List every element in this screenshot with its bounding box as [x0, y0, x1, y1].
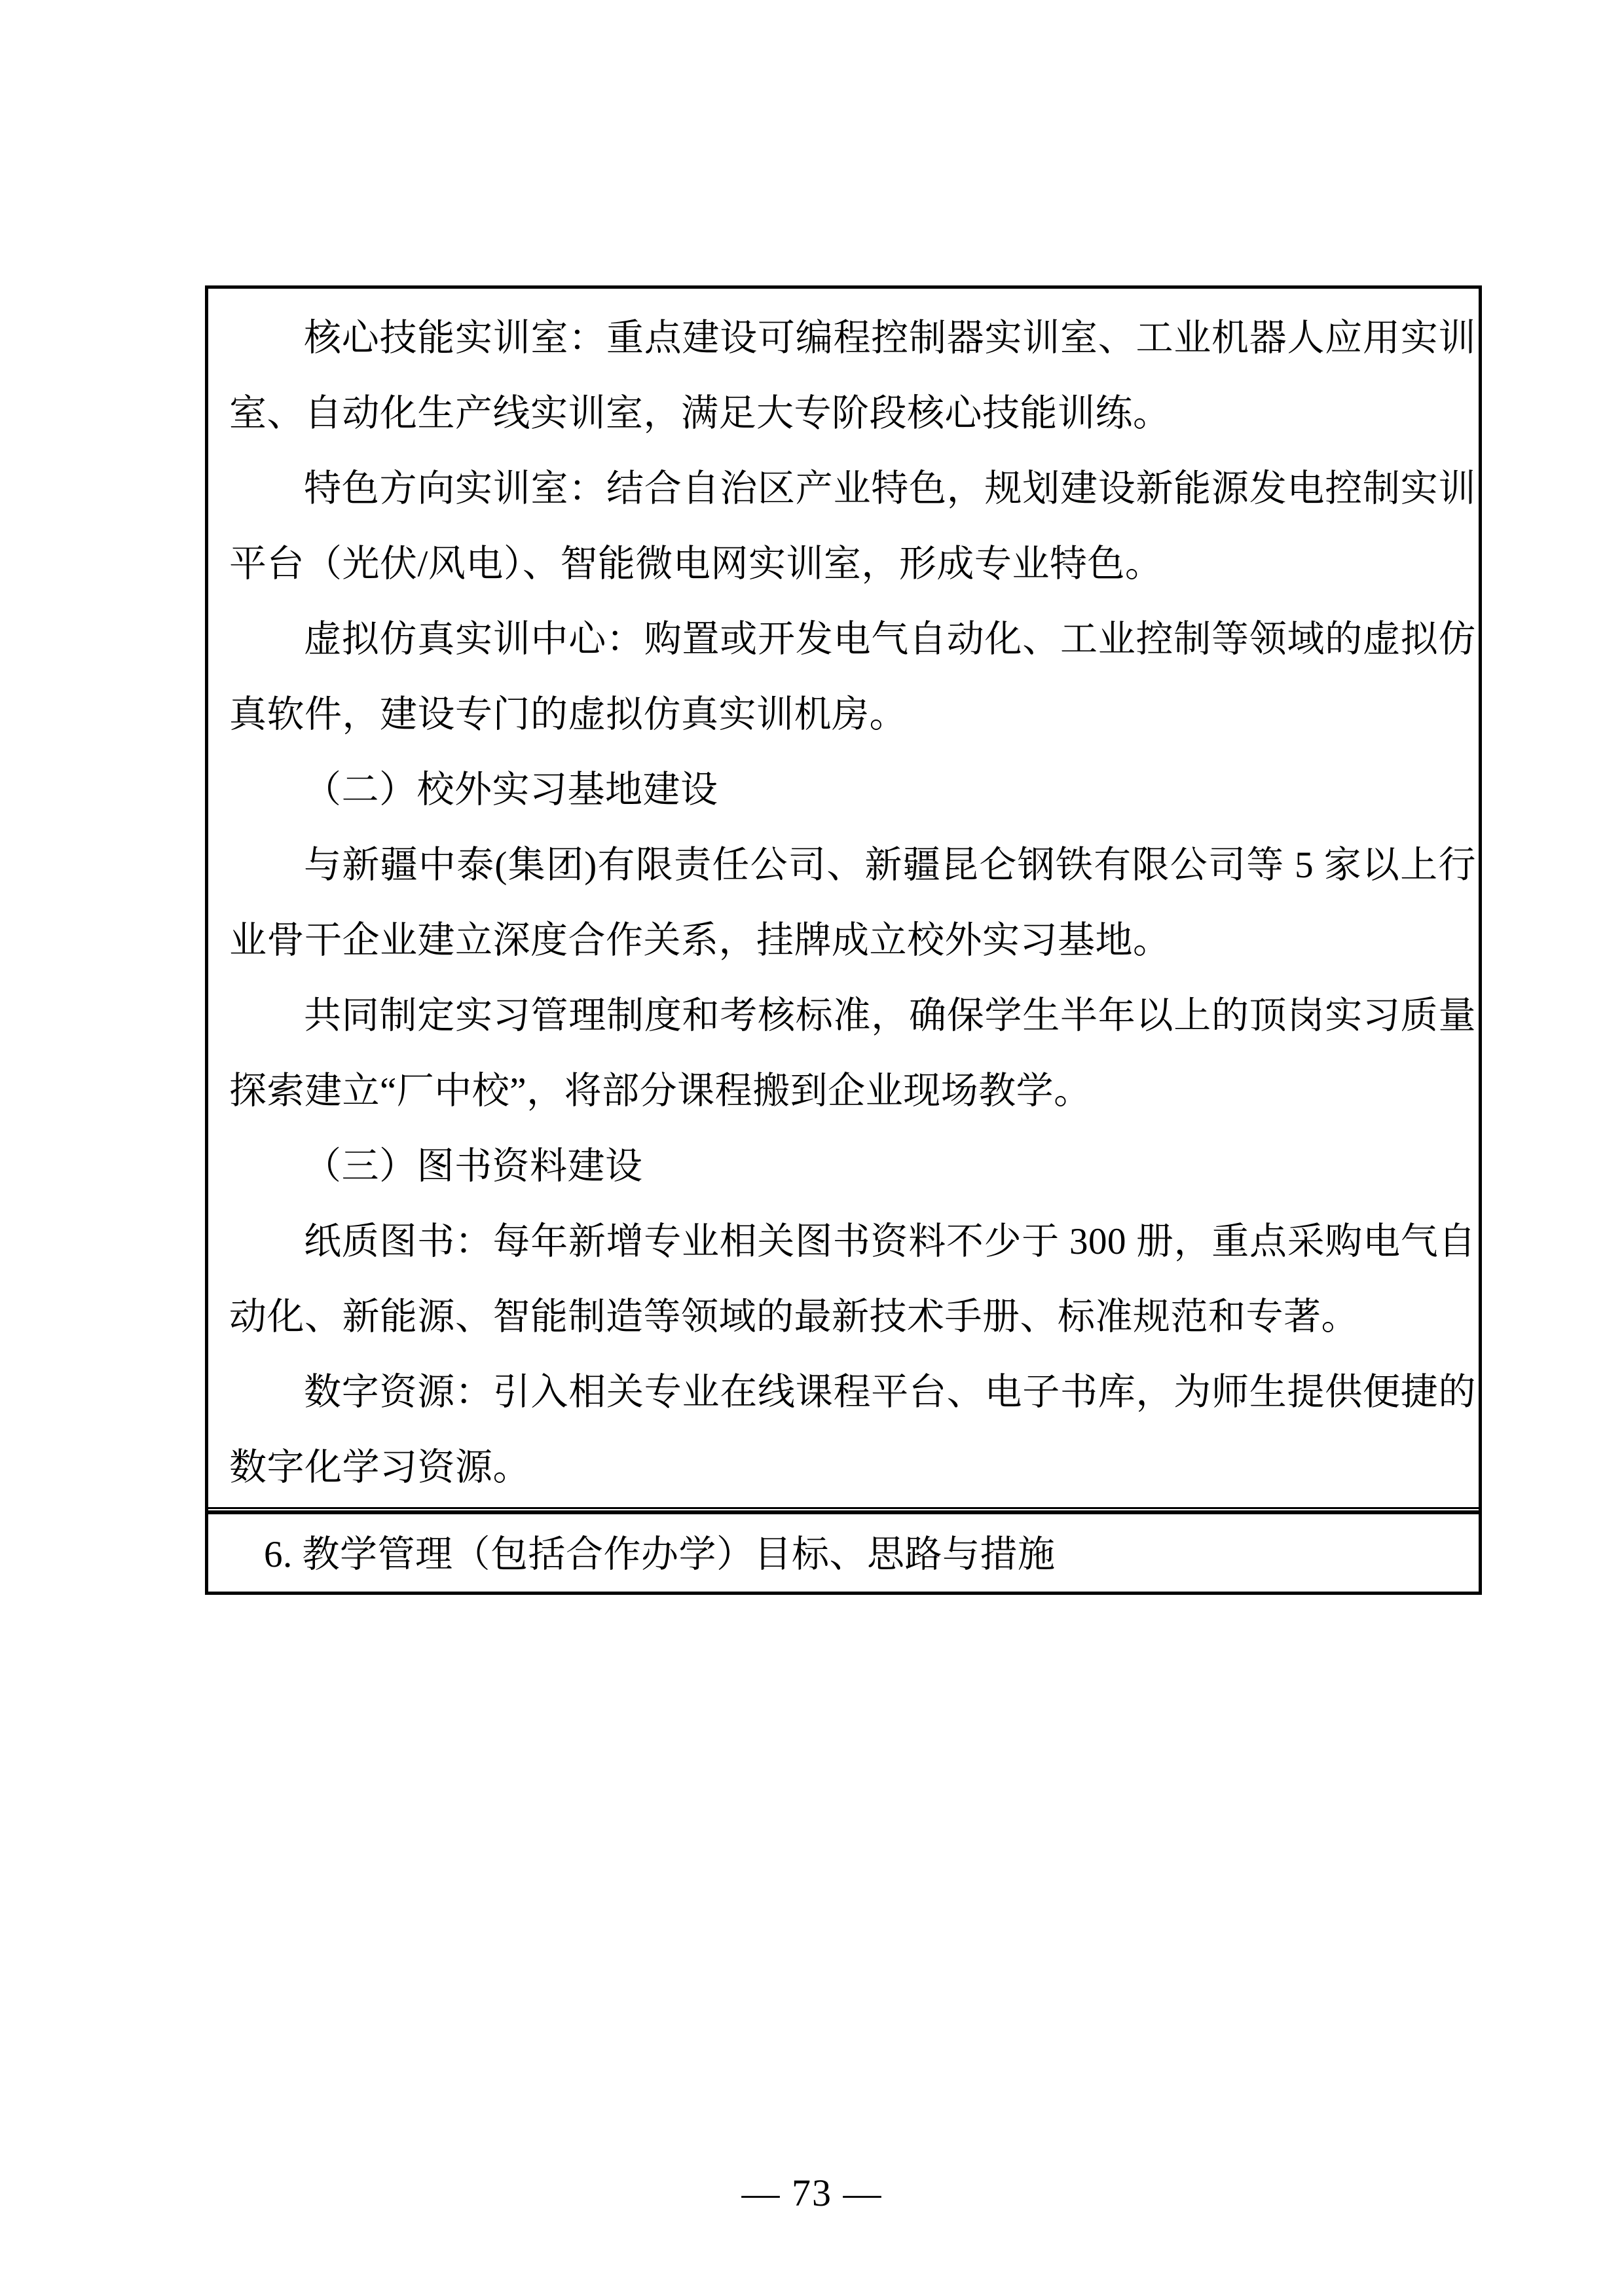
paragraph: 纸质图书：每年新增专业相关图书资料不少于 300 册，重点采购电气自动化、新能源…	[229, 1204, 1476, 1355]
document-table: 核心技能实训室：重点建设可编程控制器实训室、工业机器人应用实训室、自动化生产线实…	[205, 285, 1482, 1595]
row-divider	[208, 1507, 1479, 1514]
paragraph: 与新疆中泰(集团)有限责任公司、新疆昆仑钢铁有限公司等 5 家以上行业骨干企业建…	[229, 828, 1476, 978]
page-number: — 73 —	[0, 2168, 1624, 2217]
paragraph: 核心技能实训室：重点建设可编程控制器实训室、工业机器人应用实训室、自动化生产线实…	[229, 301, 1476, 451]
section6-cell: 6. 教学管理（包括合作办学）目标、思路与措施	[208, 1514, 1479, 1592]
paragraph: 数字资源：引入相关专业在线课程平台、电子书库，为师生提供便捷的数字化学习资源。	[229, 1355, 1476, 1505]
paragraph: （三）图书资料建设	[229, 1129, 1476, 1204]
section6-title: 6. 教学管理（包括合作办学）目标、思路与措施	[264, 1519, 1056, 1591]
paragraph: 虚拟仿真实训中心：购置或开发电气自动化、工业控制等领域的虚拟仿真软件，建设专门的…	[229, 602, 1476, 752]
paragraph: 特色方向实训室：结合自治区产业特色，规划建设新能源发电控制实训平台（光伏/风电）…	[229, 451, 1476, 602]
paragraph: （二）校外实习基地建设	[229, 752, 1476, 828]
page: 核心技能实训室：重点建设可编程控制器实训室、工业机器人应用实训室、自动化生产线实…	[0, 0, 1624, 2296]
facilities-cell: 核心技能实训室：重点建设可编程控制器实训室、工业机器人应用实训室、自动化生产线实…	[208, 289, 1479, 1507]
paragraph: 共同制定实习管理制度和考核标准，确保学生半年以上的顶岗实习质量探索建立“厂中校”…	[229, 978, 1476, 1129]
